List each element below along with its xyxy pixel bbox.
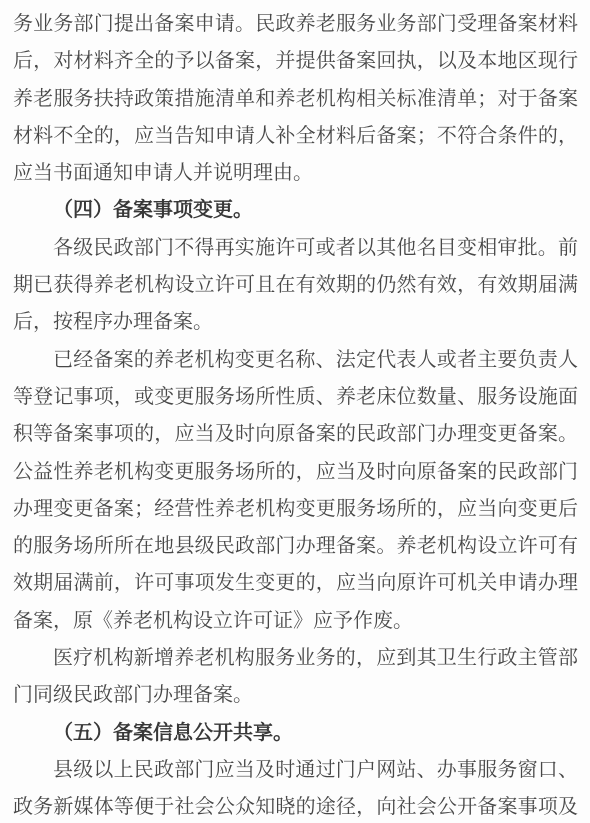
document-page: 务业务部门提出备案申请。民政养老服务业务部门受理备案材料后，对材料齐全的予以备案… [0, 0, 590, 823]
text-line: 后，按程序办理备案。 [13, 303, 578, 340]
text-line: 门同级民政部门办理备案。 [13, 676, 578, 713]
text-line: 各级民政部门不得再实施许可或者以其他名目变相审批。前 [13, 229, 578, 266]
text-line: 应当书面通知申请人并说明理由。 [13, 154, 578, 191]
text-line: 效期届满前，许可事项发生变更的，应当向原许可机关申请办理 [13, 564, 578, 601]
text-line: 已经备案的养老机构变更名称、法定代表人或者主要负责人 [13, 341, 578, 378]
text-line: 积等备案事项的，应当及时向原备案的民政部门办理变更备案。 [13, 415, 578, 452]
text-line: 务业务部门提出备案申请。民政养老服务业务部门受理备案材料 [13, 5, 578, 42]
text-line: 材料不全的，应当告知申请人补全材料后备案；不符合条件的， [13, 117, 578, 154]
section-heading: （四）备案事项变更。 [13, 191, 578, 228]
text-line: 等登记事项，或变更服务场所性质、养老床位数量、服务设施面 [13, 378, 578, 415]
text-line: 备案，原《养老机构设立许可证》应予作废。 [13, 602, 578, 639]
text-line: 办理变更备案；经营性养老机构变更服务场所的，应当向变更后 [13, 490, 578, 527]
section-heading: （五）备案信息公开共享。 [13, 714, 578, 751]
text-line: 后，对材料齐全的予以备案，并提供备案回执，以及本地区现行 [13, 42, 578, 79]
text-line: 县级以上民政部门应当及时通过门户网站、办事服务窗口、 [13, 751, 578, 788]
text-line: 医疗机构新增养老机构服务业务的，应到其卫生行政主管部 [13, 639, 578, 676]
text-line: 政务新媒体等便于社会公众知晓的途径，向社会公开备案事项及 [13, 788, 578, 823]
text-line: 公益性养老机构变更服务场所的，应当及时向原备案的民政部门 [13, 453, 578, 490]
text-line: 养老服务扶持政策措施清单和养老机构相关标准清单；对于备案 [13, 80, 578, 117]
text-line: 的服务场所所在地县级民政部门办理备案。养老机构设立许可有 [13, 527, 578, 564]
text-line: 期已获得养老机构设立许可且在有效期的仍然有效，有效期届满 [13, 266, 578, 303]
